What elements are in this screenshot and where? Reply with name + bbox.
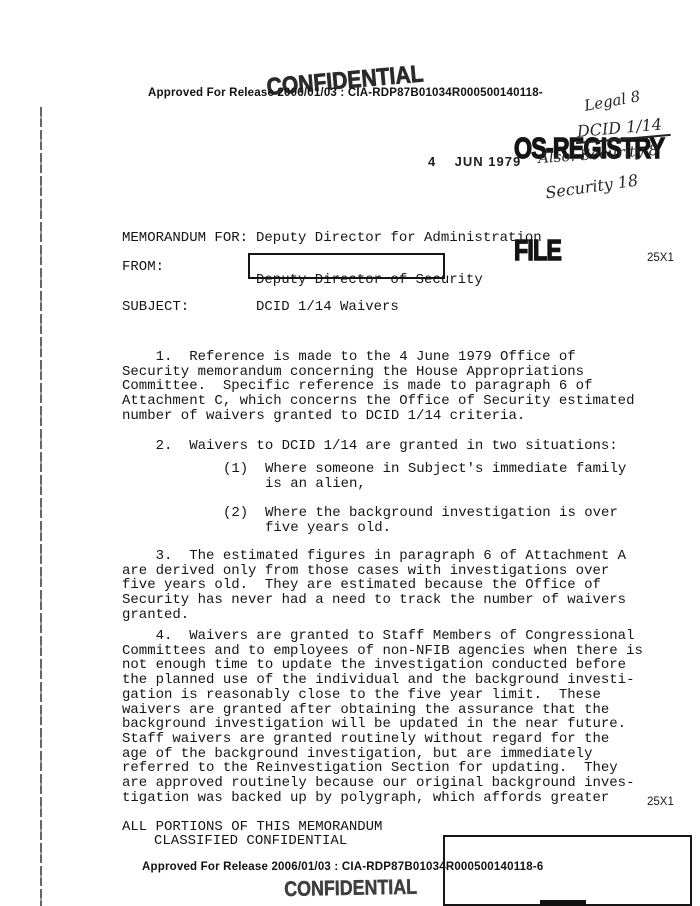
body-paragraph-4: 4. Waivers are granted to Staff Members … <box>122 629 643 805</box>
review-box <box>443 835 692 906</box>
memorandum-for-value: Deputy Director for Administration <box>256 231 542 246</box>
body-subitem-1: (1) Where someone in Subject's immediate… <box>223 462 626 491</box>
subject-value: DCID 1/14 Waivers <box>256 300 399 315</box>
declass-marking-bottom: 25X1 <box>647 796 674 808</box>
subject-label: SUBJECT: <box>122 300 189 315</box>
confidential-stamp-bottom: CONFIDENTIAL <box>284 876 417 902</box>
date-stamp: 4 JUN 1979 <box>428 154 521 169</box>
body-paragraph-2: 2. Waivers to DCID 1/14 are granted in t… <box>122 439 618 454</box>
memo-page: Approved For Release 2006/01/03 : CIA-RD… <box>0 0 700 906</box>
memorandum-for-label: MEMORANDUM FOR: <box>122 231 248 246</box>
classification-note-line2: CLASSIFIED CONFIDENTIAL <box>154 834 347 849</box>
declass-marking-top: 25X1 <box>647 252 674 264</box>
body-paragraph-1: 1. Reference is made to the 4 June 1979 … <box>122 350 634 424</box>
scan-mark-artifact <box>540 900 586 906</box>
from-value: Deputy Director of Security <box>256 273 483 288</box>
body-paragraph-3: 3. The estimated figures in paragraph 6 … <box>122 549 626 623</box>
from-label: FROM: <box>122 260 164 275</box>
body-subitem-2: (2) Where the background investigation i… <box>223 506 618 535</box>
scan-edge-artifact <box>40 107 42 906</box>
